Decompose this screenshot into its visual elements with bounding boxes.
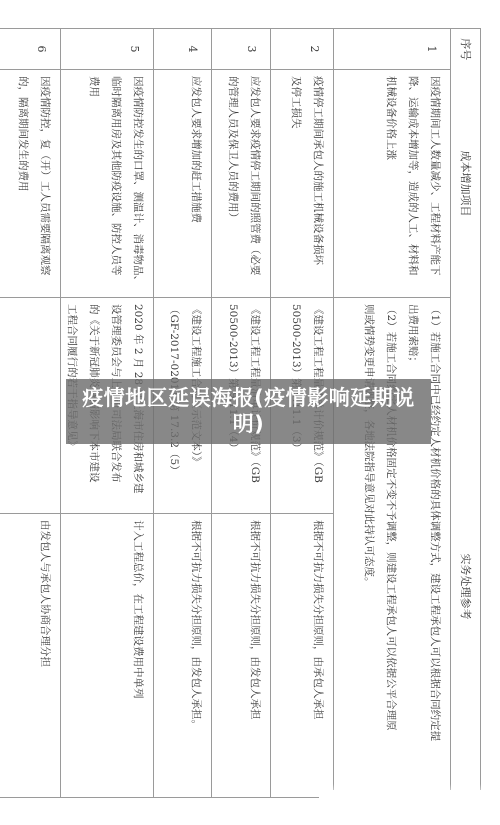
text-line: 根据不可抗力损失分担原则，由发包人承担。	[185, 520, 207, 791]
practice-cell: 根据不可抗力损失分担原则，由发包人承担	[212, 514, 271, 798]
text-line: 的，隔离期间发生的费用	[12, 76, 34, 291]
row-seq: 5	[61, 29, 154, 70]
seq-number: 6	[35, 46, 48, 53]
policy-cell-empty	[0, 298, 61, 514]
seq-number: 5	[128, 46, 141, 53]
banner-title-line-2: 明)	[66, 411, 431, 437]
text-line: 的管理人员及保卫人员的费用）	[222, 76, 244, 291]
cost-item-cell: 因疫情防控，复（开）工人员需要隔离观察 的，隔离期间发生的费用	[0, 70, 61, 298]
header-seq: 序号	[451, 29, 481, 70]
practice-cell: 根据不可抗力损失分担原则，由承包人承担	[271, 514, 334, 798]
text-line: 及停工损失	[285, 76, 307, 291]
cost-item-cell: 应发包人要求疫情停工期间的照管费（必要 的管理人员及保卫人员的费用）	[212, 70, 271, 298]
title-banner-overlay: 疫情地区延误海报(疫情影响延期说 明)	[66, 379, 431, 444]
seq-number: 4	[186, 46, 199, 53]
seq-number: 3	[245, 46, 258, 53]
page-fade-cover	[319, 790, 485, 804]
text-line: （2）若施工合同约定人材机价格固定不变不予调整，则建设工程承包人可以依据公平合理…	[380, 304, 402, 791]
text-line: 则或情势变更申请调整，各地法院指导意见对此持认可态度。	[358, 304, 380, 791]
header-practice-label: 实务处理参考	[460, 554, 473, 620]
header-cost-item: 成本增加项目	[451, 70, 481, 298]
text-line: 出费用索赔；	[402, 304, 424, 791]
row-seq: 2	[271, 29, 334, 70]
text-line: 降、运输成本增加等，造成的人工、材料和	[402, 76, 424, 291]
practice-cell: 计入工程总价，在工程建设费用中单列	[61, 514, 154, 798]
text-line: 应发包人要求增加的赶工措施费	[185, 76, 207, 291]
row-seq: 1	[334, 29, 451, 70]
text-line: 费用	[83, 76, 105, 291]
text-line: 因疫情防控发生的口罩、测温计、消毒物品、	[127, 76, 149, 291]
text-line: 计入工程总价，在工程建设费用中单列	[127, 520, 149, 791]
text-line: 根据不可抗力损失分担原则，由发包人承担	[244, 520, 266, 791]
row-seq: 4	[154, 29, 212, 70]
text-line: （1）若施工合同中已经约定人材机价格的具体调整方式，建设工程承包人可以根据合同约…	[424, 304, 446, 791]
header-practice: 实务处理参考	[451, 514, 481, 798]
text-line: 应发包人要求疫情停工期间的照管费（必要	[244, 76, 266, 291]
row-seq: 6	[0, 29, 61, 70]
text-line: 由发包人与承包人协商合理分担	[34, 520, 56, 791]
text-line: 疫情停工期间承包人的施工机械设备损坏	[307, 76, 329, 291]
banner-title-line-1: 疫情地区延误海报(疫情影响延期说	[66, 385, 431, 411]
cost-item-cell: 疫情停工期间承包人的施工机械设备损坏 及停工损失	[271, 70, 334, 298]
cost-item-cell: 因疫情期间工人数量减少、工程材料产能下 降、运输成本增加等，造成的人工、材料和 …	[334, 70, 451, 298]
practice-cell: 根据不可抗力损失分担原则，由发包人承担。	[154, 514, 212, 798]
text-line: 根据不可抗力损失分担原则，由承包人承担	[307, 520, 329, 791]
rotated-document-page: 序号 成本增加项目 实务处理参考 1 因疫情期间工人数量减少、工程材料产能下 降…	[0, 0, 500, 825]
text-line: 临时隔离用房及其他防疫设施、防控人员等	[105, 76, 127, 291]
table-row: 6 因疫情防控，复（开）工人员需要隔离观察 的，隔离期间发生的费用 由发包人与承…	[0, 29, 61, 798]
row-seq: 3	[212, 29, 271, 70]
merged-policy-practice-cell: （1）若施工合同中已经约定人材机价格的具体调整方式，建设工程承包人可以根据合同约…	[334, 298, 451, 798]
header-cost-item-label: 成本增加项目	[460, 151, 473, 217]
seq-number: 1	[425, 46, 438, 53]
cost-item-cell: 因疫情防控发生的口罩、测温计、消毒物品、 临时隔离用房及其他防疫设施、防控人员等…	[61, 70, 154, 298]
cost-item-cell: 应发包人要求增加的赶工措施费	[154, 70, 212, 298]
text-line: 机械设备价格上涨	[380, 76, 402, 291]
text-line: 因疫情期间工人数量减少、工程材料产能下	[424, 76, 446, 291]
seq-number: 2	[308, 46, 321, 53]
table-header-row: 序号 成本增加项目 实务处理参考	[451, 29, 481, 798]
text-line: 因疫情防控，复（开）工人员需要隔离观察	[34, 76, 56, 291]
practice-cell: 由发包人与承包人协商合理分担	[0, 514, 61, 798]
header-policy-blank	[451, 298, 481, 514]
